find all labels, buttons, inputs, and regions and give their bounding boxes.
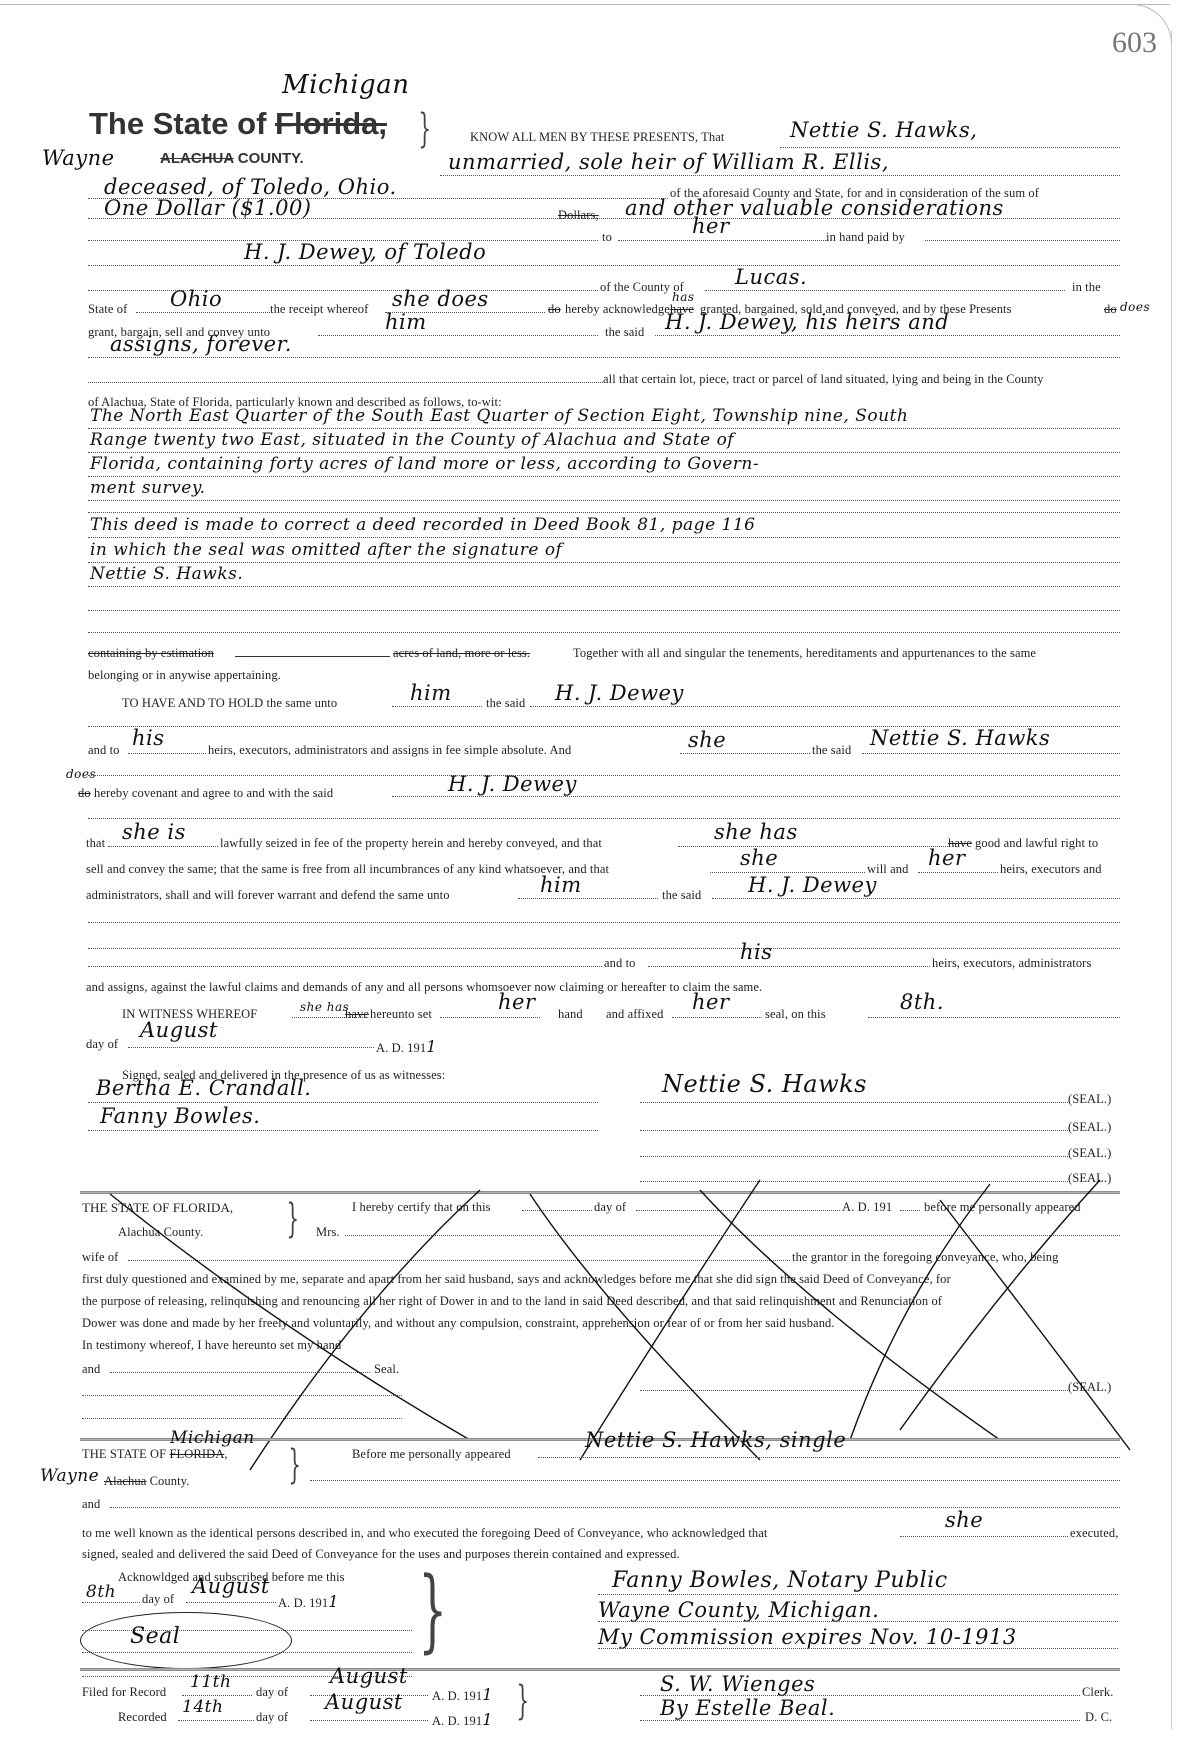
affixed-label: and affixed [606,1007,663,1022]
notary-line: Fanny Bowles, Notary Public [612,1568,948,1593]
ack-executed: executed, [1070,1526,1118,1541]
dotline [598,1621,1118,1622]
dotline [440,1017,540,1018]
belonging-text: belonging or in anywise appertaining. [88,668,281,683]
consideration-sum: One Dollar ($1.00) [104,196,312,220]
dotline [182,1695,252,1696]
admin-text: administrators, shall and will forever w… [86,888,450,903]
ack-appeared-value: Nettie S. Hawks, single [585,1428,846,1452]
ack-well-known: to me well known as the identical person… [82,1526,768,1541]
filed-ad-year: A. D. 1911 [432,1685,493,1704]
state-handwritten: Michigan [282,70,409,100]
ack-ad: A. D. 191 [278,1596,328,1610]
state-of-label: State of [88,302,127,317]
dotline [88,948,1120,949]
notary-seal-oval [80,1612,292,1669]
deputy-name: By Estelle Beal. [660,1696,835,1720]
do-struck: do [548,302,561,317]
does-insert: does [66,767,96,781]
ack-value: she [945,1508,983,1532]
have-struck: have [345,1007,369,1022]
filed-month: August [330,1664,408,1688]
ack-brace: } [288,1442,301,1488]
dotline [640,1156,1068,1157]
dotline [88,586,1120,587]
dotline [868,1017,1120,1018]
legal-line: Range twenty two East, situated in the C… [90,430,734,450]
that-label: that [86,836,105,851]
dotline [640,1102,1068,1103]
dower-certify: I hereby certify that on this [352,1200,491,1215]
deed-page: 603 Michigan The State of Florida, } Way… [0,0,1200,1745]
ad-label: A. D. 191 [376,1041,426,1055]
filed-label: Filed for Record [82,1685,166,1700]
ack-ad-year: A. D. 1911 [278,1592,339,1611]
dotline [680,753,810,754]
recorded-month: August [325,1690,403,1714]
notary-line: Wayne County, Michigan. [598,1598,879,1622]
dotline [530,706,1120,707]
dotline [598,1648,1118,1649]
and-to-2: and to [604,956,636,971]
struck-acres: acres of land, more or less. [393,646,530,661]
ack-county-handwritten: Wayne [40,1466,99,1486]
witness-month: August [140,1018,218,1042]
hand-label: hand [558,1007,583,1022]
dower-seal-word: Seal. [374,1362,399,1377]
dotline [900,1536,1068,1537]
grantor-signature: Nettie S. Hawks [662,1070,867,1098]
the-said: the said [486,696,525,711]
dotline [678,846,948,847]
dollars-struck: Dollars, [558,208,599,223]
filed-day-of: day of [256,1685,288,1700]
dower-grantor-text: the grantor in the foregoing conveyance,… [792,1250,1058,1265]
dotline [640,1720,1080,1721]
clerk-label: Clerk. [1082,1685,1114,1700]
filed-ad: A. D. 191 [432,1689,482,1703]
dotline [88,476,1120,477]
dotline [310,1480,1120,1481]
county-struck: ALACHUA [160,150,234,167]
recorded-day: 14th [182,1697,223,1717]
witness-signature: Fanny Bowles. [100,1104,260,1128]
dotline [128,1260,790,1261]
dower-day-of: day of [594,1200,626,1215]
dotline [82,1602,140,1603]
struck-estimation: containing by estimation [88,646,214,661]
dotline [178,1720,254,1721]
grantor-name-2: Nettie S. Hawks [870,726,1050,750]
dotline [618,240,828,241]
note-line: This deed is made to correct a deed reco… [90,515,755,535]
seal-label: (SEAL.) [1068,1171,1111,1186]
recorded-ad-year: A. D. 1911 [432,1710,493,1729]
sell-value: she [740,846,778,870]
ack-state-handwritten: Michigan [170,1428,255,1448]
grantor-line2: unmarried, sole heir of William R. Ellis… [448,150,889,174]
does-insert: does [1120,300,1150,314]
dower-testimony: In testimony whereof, I have hereunto se… [82,1338,341,1353]
legal-line: The North East Quarter of the South East… [90,406,908,426]
title-state-struck: Florida, [275,106,387,141]
page-edge-right [1171,30,1172,1730]
strike-line [235,656,390,657]
affixed-value: her [692,990,730,1014]
seized-text: lawfully seized in fee of the property h… [220,836,602,851]
dotline [88,452,1120,453]
legal-line: ment survey. [90,478,206,498]
dotline [780,147,1120,148]
dotline [862,753,1120,754]
dower-county: Alachua County. [118,1225,203,1240]
state-value: Ohio [170,287,222,311]
admin-said: the said [662,888,701,903]
heirs-exec: heirs, executors and [1000,862,1102,877]
dotline [918,872,998,873]
all-that-text: all that certain lot, piece, tract or pa… [603,372,1044,387]
dotline [640,1390,1068,1391]
do-struck: do [78,786,91,801]
dotline [88,775,1120,776]
dotline [705,290,1065,291]
recording-brace: } [516,1678,529,1724]
dower-body-line: first duly questioned and examined by me… [82,1272,951,1287]
ack-state-struck: FLORIDA [169,1447,224,1461]
has-insert: has [672,290,695,304]
to-value: her [692,214,730,238]
document-title: The State of Florida, [89,106,387,142]
day-of: day of [86,1037,118,1052]
dotline [136,312,270,313]
claims-text: and assigns, against the lawful claims a… [86,980,762,995]
admin-value: him [540,873,582,897]
the-said-2: the said [812,743,851,758]
note-line: in which the seal was omitted after the … [90,540,562,560]
other-consideration: and other valuable considerations [625,196,1004,220]
dotline [88,357,1120,358]
ack-day-of: day of [142,1592,174,1607]
dower-body-line: the purpose of releasing, relinquishing … [82,1294,942,1309]
that-value: she is [122,820,186,844]
dotline [648,966,930,967]
dotline [88,1130,598,1131]
recorded-day-of: day of [256,1710,288,1725]
dotline [640,1130,1068,1131]
clerk-name: S. W. Wienges [660,1672,815,1696]
know-all-men: KNOW ALL MEN BY THESE PRESENTS, That [470,130,724,145]
assigns-forever: assigns, forever. [110,332,292,356]
dotline [88,610,1120,611]
hereby-ack: hereby acknowledge, [565,302,673,317]
dotline [392,706,482,707]
to-label: to [602,230,612,245]
dotline [636,1210,840,1211]
dotline [900,1210,920,1211]
ack-year-suffix: 1 [328,1592,339,1611]
recorded-year-suffix: 1 [482,1710,493,1729]
dower-seal-label: (SEAL.) [1068,1380,1111,1395]
sell-text: sell and convey the same; that the same … [86,862,609,877]
recorded-ad: A. D. 191 [432,1714,482,1728]
ack-signed-delivered: signed, sealed and delivered the said De… [82,1547,680,1562]
dotline [318,335,598,336]
ack-county: Alachua County. [104,1474,189,1489]
dotline [128,753,206,754]
dotline [82,1395,402,1396]
dotline [88,382,603,383]
and-to-value: his [132,726,165,750]
in-witness-value: she has [300,1000,349,1014]
hereunto: hereunto set [370,1007,432,1022]
dotline [88,966,602,967]
dower-body-line: Dower was done and made by her freely an… [82,1316,835,1331]
legal-line: Florida, containing forty acres of land … [90,454,759,474]
ad-year: A. D. 1911 [376,1037,437,1056]
dower-before-me: before me personally appeared [924,1200,1081,1215]
dotline [88,922,1120,923]
filed-day: 11th [190,1672,231,1692]
ack-before-me: Before me personally appeared [352,1447,511,1462]
year-suffix: 1 [426,1037,437,1056]
dotline [88,500,1120,501]
together-text: Together with all and singular the tenem… [573,646,1036,661]
seal-on: seal, on this [765,1007,826,1022]
dotline [110,1372,370,1373]
dotline [108,846,218,847]
seized-value: she has [714,820,798,844]
grantee-heirs: H. J. Dewey, his heirs and [665,310,949,334]
county-handwritten: Wayne [42,146,115,170]
to-have-value: him [410,681,452,705]
unto-value: him [385,310,427,334]
dower-state: THE STATE OF FLORIDA, [82,1200,233,1216]
dotline [82,1418,402,1419]
seal-label: (SEAL.) [1068,1146,1111,1161]
dotline [598,1594,1118,1595]
deputy-label: D. C. [1085,1710,1112,1725]
dotline [440,175,1120,176]
dower-brace: } [286,1196,299,1242]
county-label: ALACHUA COUNTY. [160,150,304,167]
ack-county-label: County. [150,1474,190,1488]
set-value: her [498,990,536,1014]
and-value: she [688,728,726,752]
in-the: in the [1072,280,1101,295]
ack-and: and [82,1497,100,1512]
ack-month: August [192,1574,270,1598]
dotline [128,1047,374,1048]
dotline [88,265,1120,266]
ack-state-prefix: THE STATE OF [82,1447,166,1461]
heirs-admin: heirs, executors, administrators [932,956,1091,971]
dotline [392,796,1120,797]
header-brace: } [418,106,431,152]
ack-county-struck: Alachua [104,1474,146,1488]
dotline [518,898,658,899]
dotline [88,632,1120,633]
filed-year-suffix: 1 [482,1685,493,1704]
dotline [640,1181,1068,1182]
receipt-text: the receipt whereof [270,302,368,317]
admin-name: H. J. Dewey [748,873,877,897]
page-edge-top [0,4,1170,5]
good-right: good and lawful right to [975,836,1098,851]
dotline [538,1457,1120,1458]
recorded-label: Recorded [118,1710,167,1725]
do-struck-2: do [1104,302,1117,317]
dotline [88,290,598,291]
and-to-2-value: his [740,940,773,964]
seal-label: (SEAL.) [1068,1120,1111,1135]
ack-brace-large: } [418,1566,447,1656]
covenant-name: H. J. Dewey [448,772,577,796]
dotline [88,1102,598,1103]
dotline [88,512,1120,513]
dotline [88,537,1120,538]
note-line: Nettie S. Hawks. [90,564,243,584]
grantor-name: Nettie S. Hawks, [790,118,977,142]
dotline [310,1720,428,1721]
section-divider [80,1191,1120,1194]
county-word: COUNTY. [238,150,304,167]
dower-mrs: Mrs. [316,1225,340,1240]
dotline [88,428,1120,429]
dotline [186,1602,276,1603]
dotline [345,1235,1120,1236]
to-have-name: H. J. Dewey [555,681,684,705]
day-value: 8th. [900,990,944,1014]
the-said: the said [605,325,644,340]
dotline [712,898,1120,899]
dower-and: and [82,1362,100,1377]
covenant-text: hereby covenant and agree to and with th… [94,786,333,801]
dotline [88,562,1120,563]
dower-ad: A. D. 191 [842,1200,892,1215]
dotline [522,1210,592,1211]
notary-line: My Commission expires Nov. 10-1913 [598,1625,1017,1649]
county-value: Lucas. [735,265,807,289]
witness-signature: Bertha E. Crandall. [96,1076,311,1100]
and-to: and to [88,743,120,758]
dotline [655,335,1120,336]
seal-label: (SEAL.) [1068,1092,1111,1107]
section-divider [80,1668,1120,1671]
notary-seal-mark: Seal [130,1624,180,1649]
title-prefix: The State of [89,106,266,141]
ack-day-value: 8th [86,1582,116,1602]
dotline [88,818,1120,819]
will-value: her [928,846,966,870]
receipt-value: she does [392,287,489,311]
page-number: 603 [1112,26,1157,60]
in-hand-paid-by: in hand paid by [826,230,905,245]
dotline [672,1017,762,1018]
dower-wife-of: wife of [82,1250,118,1265]
to-have-text: TO HAVE AND TO HOLD the same unto [122,696,337,711]
heirs-text: heirs, executors, administrators and ass… [208,743,571,758]
dotline [925,240,1120,241]
grantee-line: H. J. Dewey, of Toledo [244,240,486,264]
ack-state: THE STATE OF FLORIDA, [82,1447,228,1462]
